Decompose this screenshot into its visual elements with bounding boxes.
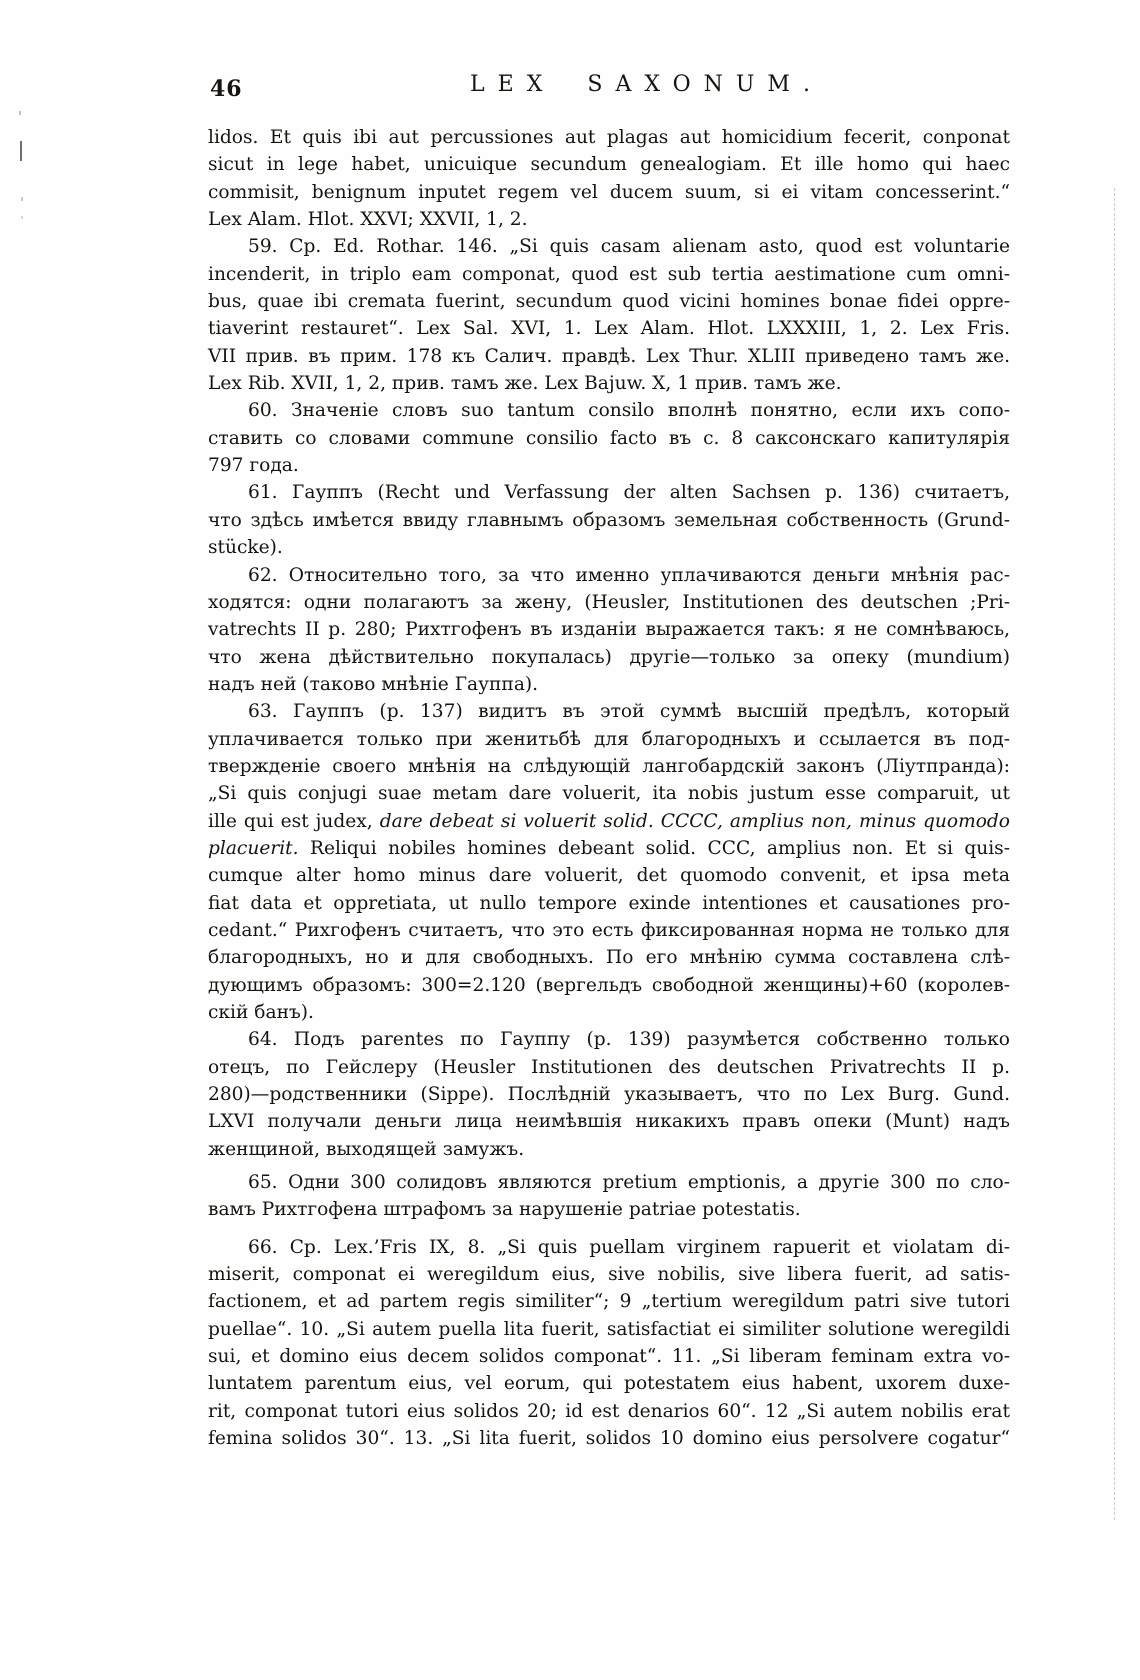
text-line: Lex Rib. XVII, 1, 2, прив. тамъ же. Lex … bbox=[208, 370, 1010, 397]
page-number: 46 bbox=[210, 76, 243, 102]
text-line: благородныхъ, но и для свободныхъ. По ег… bbox=[208, 944, 1010, 971]
text-line: incenderit, in triplo eam componat, quod… bbox=[208, 261, 1010, 288]
footnote-58-continuation: lidos. Et quis ibi aut percussiones aut … bbox=[208, 124, 1010, 233]
text-line: 61. Гауппъ (Recht und Verfassung der alt… bbox=[208, 479, 1010, 506]
scan-artifact-left-tick bbox=[20, 141, 22, 161]
footnote-59: 59. Ср. Ed. Rothar. 146. „Si quis casam … bbox=[208, 233, 1010, 397]
text-line: sui, et domino eius decem solidos compon… bbox=[208, 1343, 1010, 1370]
text-line: 65. Одни 300 солидовъ являются pretium e… bbox=[208, 1169, 1010, 1196]
text-line: femina solidos 30“. 13. „Si lita fuerit,… bbox=[208, 1425, 1010, 1452]
running-title: LEX SAXONUM. bbox=[208, 72, 1010, 97]
text-line: 797 года. bbox=[208, 452, 1010, 479]
book-page-scan: 46 LEX SAXONUM. lidos. Et quis ibi aut p… bbox=[0, 0, 1140, 1680]
text-line: вамъ Рихтгофена штрафомъ за нарушеніе pa… bbox=[208, 1196, 1010, 1223]
text-line: VII прив. въ прим. 178 къ Салич. правдѣ.… bbox=[208, 343, 1010, 370]
scan-speck bbox=[19, 111, 21, 115]
text-line: уплачивается только при женитьбѣ для бла… bbox=[208, 726, 1010, 753]
text-line: factionem, et ad partem regis similiter“… bbox=[208, 1288, 1010, 1315]
text-line: fiat data et oppretiata, ut nullo tempor… bbox=[208, 890, 1010, 917]
text-line: lidos. Et quis ibi aut percussiones aut … bbox=[208, 124, 1010, 151]
footnote-66: 66. Ср. Lex.’Fris IX, 8. „Si quis puella… bbox=[208, 1234, 1010, 1453]
text-line: Lex Alam. Hlot. XXVI; XXVII, 1, 2. bbox=[208, 206, 1010, 233]
text-line: rit, componat tutori eius solidos 20; id… bbox=[208, 1398, 1010, 1425]
text-line: дующимъ образомъ: 300=2.120 (вергельдъ с… bbox=[208, 972, 1010, 999]
text-line: stücke). bbox=[208, 534, 1010, 561]
scan-speck bbox=[21, 216, 23, 219]
footnotes-text-block: lidos. Et quis ibi aut percussiones aut … bbox=[208, 124, 1010, 1453]
text-line: LXVI получали деньги лица неимѣвшія ника… bbox=[208, 1108, 1010, 1135]
text-line: скій банъ). bbox=[208, 999, 1010, 1026]
text-line: 59. Ср. Ed. Rothar. 146. „Si quis casam … bbox=[208, 233, 1010, 260]
text-line: vatrechts II p. 280; Рихтгофенъ въ издан… bbox=[208, 616, 1010, 643]
running-head: 46 LEX SAXONUM. bbox=[208, 72, 1010, 106]
text-line: „Si quis conjugi suae metam dare volueri… bbox=[208, 780, 1010, 807]
footnote-60: 60. Значеніе словъ suo tantum consilo вп… bbox=[208, 397, 1010, 479]
text-line: женщиной, выходящей замужъ. bbox=[208, 1136, 1010, 1163]
footnote-63: 63. Гауппъ (р. 137) видитъ въ этой суммѣ… bbox=[208, 698, 1010, 1026]
text-line: miserit, componat ei weregildum eius, si… bbox=[208, 1261, 1010, 1288]
text-line: что жена дѣйствительно покупалась) другі… bbox=[208, 644, 1010, 671]
text-line: ille qui est judex, dare debeat si volue… bbox=[208, 808, 1010, 835]
text-line: 64. Подъ parentes по Гауппу (р. 139) раз… bbox=[208, 1026, 1010, 1053]
text-line: cumque alter homo minus dare voluerit, d… bbox=[208, 862, 1010, 889]
text-line: sicut in lege habet, unicuique secundum … bbox=[208, 151, 1010, 178]
text-line: 62. Относительно того, за что именно упл… bbox=[208, 562, 1010, 589]
text-line: 63. Гауппъ (р. 137) видитъ въ этой суммѣ… bbox=[208, 698, 1010, 725]
text-line: 66. Ср. Lex.’Fris IX, 8. „Si quis puella… bbox=[208, 1234, 1010, 1261]
footnote-64: 64. Подъ parentes по Гауппу (р. 139) раз… bbox=[208, 1026, 1010, 1163]
text-line: 280)—родственники (Sippe). Послѣдній ука… bbox=[208, 1081, 1010, 1108]
footnote-61: 61. Гауппъ (Recht und Verfassung der alt… bbox=[208, 479, 1010, 561]
scan-speck bbox=[21, 197, 23, 201]
text-line: надъ ней (таково мнѣніе Гауппа). bbox=[208, 671, 1010, 698]
text-line: placuerit. Reliqui nobiles homines debea… bbox=[208, 835, 1010, 862]
text-line: что здѣсь имѣется ввиду главнымъ образом… bbox=[208, 507, 1010, 534]
text-line: 60. Значеніе словъ suo tantum consilo вп… bbox=[208, 397, 1010, 424]
text-line: cedant.“ Рихгофенъ считаетъ, что это ест… bbox=[208, 917, 1010, 944]
text-line: puellae“. 10. „Si autem puella lita fuer… bbox=[208, 1316, 1010, 1343]
text-line: ходятся: одни полагаютъ за жену, (Heusle… bbox=[208, 589, 1010, 616]
scan-artifact-right-margin-line bbox=[1114, 188, 1115, 1520]
text-line: tiaverint restauret“. Lex Sal. XVI, 1. L… bbox=[208, 315, 1010, 342]
text-line: твержденіе своего мнѣнія на слѣдующій ла… bbox=[208, 753, 1010, 780]
footnote-62: 62. Относительно того, за что именно упл… bbox=[208, 562, 1010, 699]
text-line: luntatem parentum eius, vel eorum, qui p… bbox=[208, 1370, 1010, 1397]
text-line: ставить со словами commune consilio fact… bbox=[208, 425, 1010, 452]
footnote-65: 65. Одни 300 солидовъ являются pretium e… bbox=[208, 1169, 1010, 1224]
text-line: отецъ, по Гейслеру (Heusler Institutione… bbox=[208, 1054, 1010, 1081]
text-line: commisit, benignum inputet regem vel duc… bbox=[208, 179, 1010, 206]
text-line: bus, quae ibi cremata fuerint, secundum … bbox=[208, 288, 1010, 315]
